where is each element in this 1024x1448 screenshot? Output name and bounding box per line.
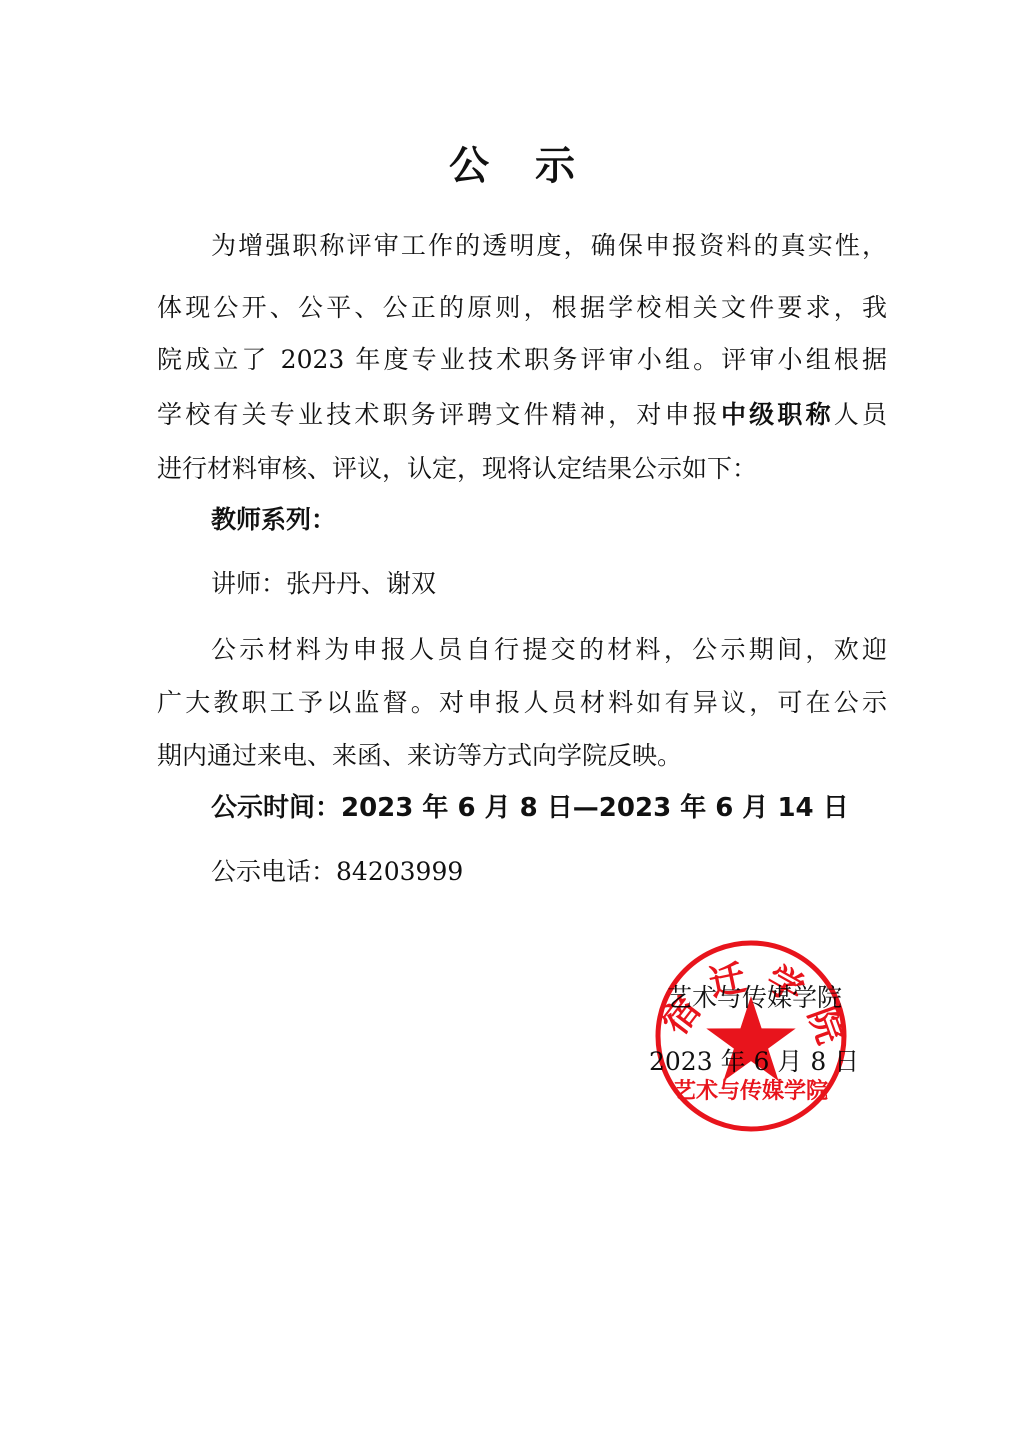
paragraph1-line4: 学校有关专业技术职务评聘文件精神，对申报中级职称人员 xyxy=(157,395,887,435)
seal-bottom-text: 艺术与传媒学院 xyxy=(674,1078,828,1104)
line4-text-before: 学校有关专业技术职务评聘文件精神，对申报 xyxy=(157,400,721,429)
paragraph2-line2: 广大教职工予以监督。对申报人员材料如有异议，可在公示 xyxy=(157,683,887,723)
paragraph2-line3: 期内通过来电、来函、来访等方式向学院反映。 xyxy=(157,736,887,776)
paragraph1-line3: 院成立了 2023 年度专业技术职务评审小组。评审小组根据 xyxy=(157,340,887,380)
phone-label: 公示电话： xyxy=(211,857,336,886)
phone-number: 84203999 xyxy=(336,857,463,886)
page-title: 公示 xyxy=(0,138,1024,194)
mid-level-title-emphasis: 中级职称 xyxy=(721,400,834,429)
paragraph1-line5: 进行材料审核、评议，认定，现将认定结果公示如下： xyxy=(157,449,887,489)
star-icon xyxy=(706,996,795,1081)
official-seal: 宿迁学院 艺术与传媒学院 xyxy=(653,938,849,1134)
notice-page: 公示 为增强职称评审工作的透明度，确保申报资料的真实性， 体现公开、公平、公正的… xyxy=(0,0,1024,1448)
paragraph1-line2: 体现公开、公平、公正的原则，根据学校相关文件要求，我 xyxy=(157,288,887,328)
notice-period: 公示时间：2023 年 6 月 8 日—2023 年 6 月 14 日 xyxy=(211,788,849,828)
notice-phone: 公示电话：84203999 xyxy=(211,852,463,892)
series-heading: 教师系列： xyxy=(211,500,336,540)
lecturer-list: 讲师：张丹丹、谢双 xyxy=(211,564,436,604)
paragraph1-line1: 为增强职称评审工作的透明度，确保申报资料的真实性， xyxy=(211,226,887,266)
paragraph2-line1: 公示材料为申报人员自行提交的材料，公示期间，欢迎 xyxy=(211,630,887,670)
line4-text-after: 人员 xyxy=(834,400,887,429)
